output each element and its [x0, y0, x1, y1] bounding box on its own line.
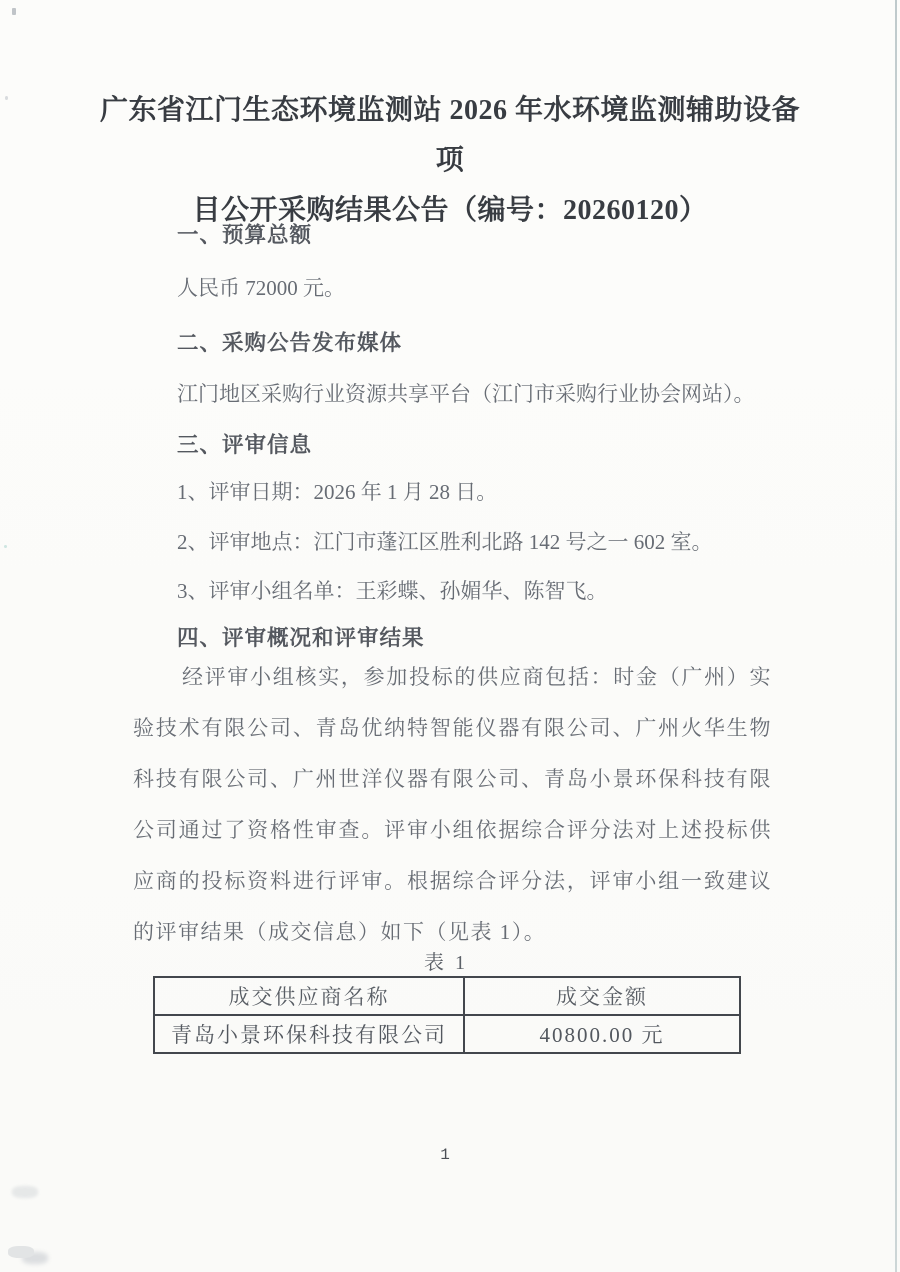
- table-cell-supplier: 青岛小景环保科技有限公司: [154, 1015, 464, 1053]
- page-number: 1: [0, 1146, 890, 1164]
- scanned-document-page: 广东省江门生态环境监测站 2026 年水环境监测辅助设备项 目公开采购结果公告（…: [0, 0, 900, 1272]
- scan-speck: [4, 545, 7, 548]
- scan-edge-line: [895, 0, 897, 1272]
- table-header-supplier: 成交供应商名称: [154, 977, 464, 1015]
- section-heading-review-info: 三、评审信息: [177, 428, 777, 459]
- award-results-table: 成交供应商名称 成交金额 青岛小景环保科技有限公司 40800.00 元: [153, 976, 741, 1054]
- review-date-text: 1、评审日期：2026 年 1 月 28 日。: [177, 476, 777, 506]
- scan-speck: [5, 96, 8, 100]
- table-cell-amount: 40800.00 元: [464, 1015, 740, 1053]
- scan-speck: [12, 8, 16, 15]
- announcement-media-text: 江门地区采购行业资源共享平台（江门市采购行业协会网站）。: [177, 378, 777, 408]
- scan-smudge: [8, 1246, 34, 1258]
- review-panel-text: 3、评审小组名单：王彩蝶、孙媚华、陈智飞。: [177, 575, 777, 605]
- review-location-text: 2、评审地点：江门市蓬江区胜利北路 142 号之一 602 室。: [177, 526, 777, 556]
- review-result-paragraph: 经评审小组核实，参加投标的供应商包括：时金（广州）实验技术有限公司、青岛优纳特智…: [133, 652, 772, 958]
- section-heading-review-result: 四、评审概况和评审结果: [177, 621, 777, 652]
- document-title: 广东省江门生态环境监测站 2026 年水环境监测辅助设备项 目公开采购结果公告（…: [100, 86, 800, 236]
- budget-amount-text: 人民币 72000 元。: [177, 272, 777, 302]
- document-title-line-1: 广东省江门生态环境监测站 2026 年水环境监测辅助设备项: [100, 86, 800, 186]
- table-row: 青岛小景环保科技有限公司 40800.00 元: [154, 1015, 740, 1053]
- table-caption: 表 1: [153, 946, 739, 975]
- section-heading-budget: 一、预算总额: [177, 218, 777, 249]
- table-header-row: 成交供应商名称 成交金额: [154, 977, 740, 1015]
- table-header-amount: 成交金额: [464, 977, 740, 1015]
- section-heading-announcement: 二、采购公告发布媒体: [177, 326, 777, 357]
